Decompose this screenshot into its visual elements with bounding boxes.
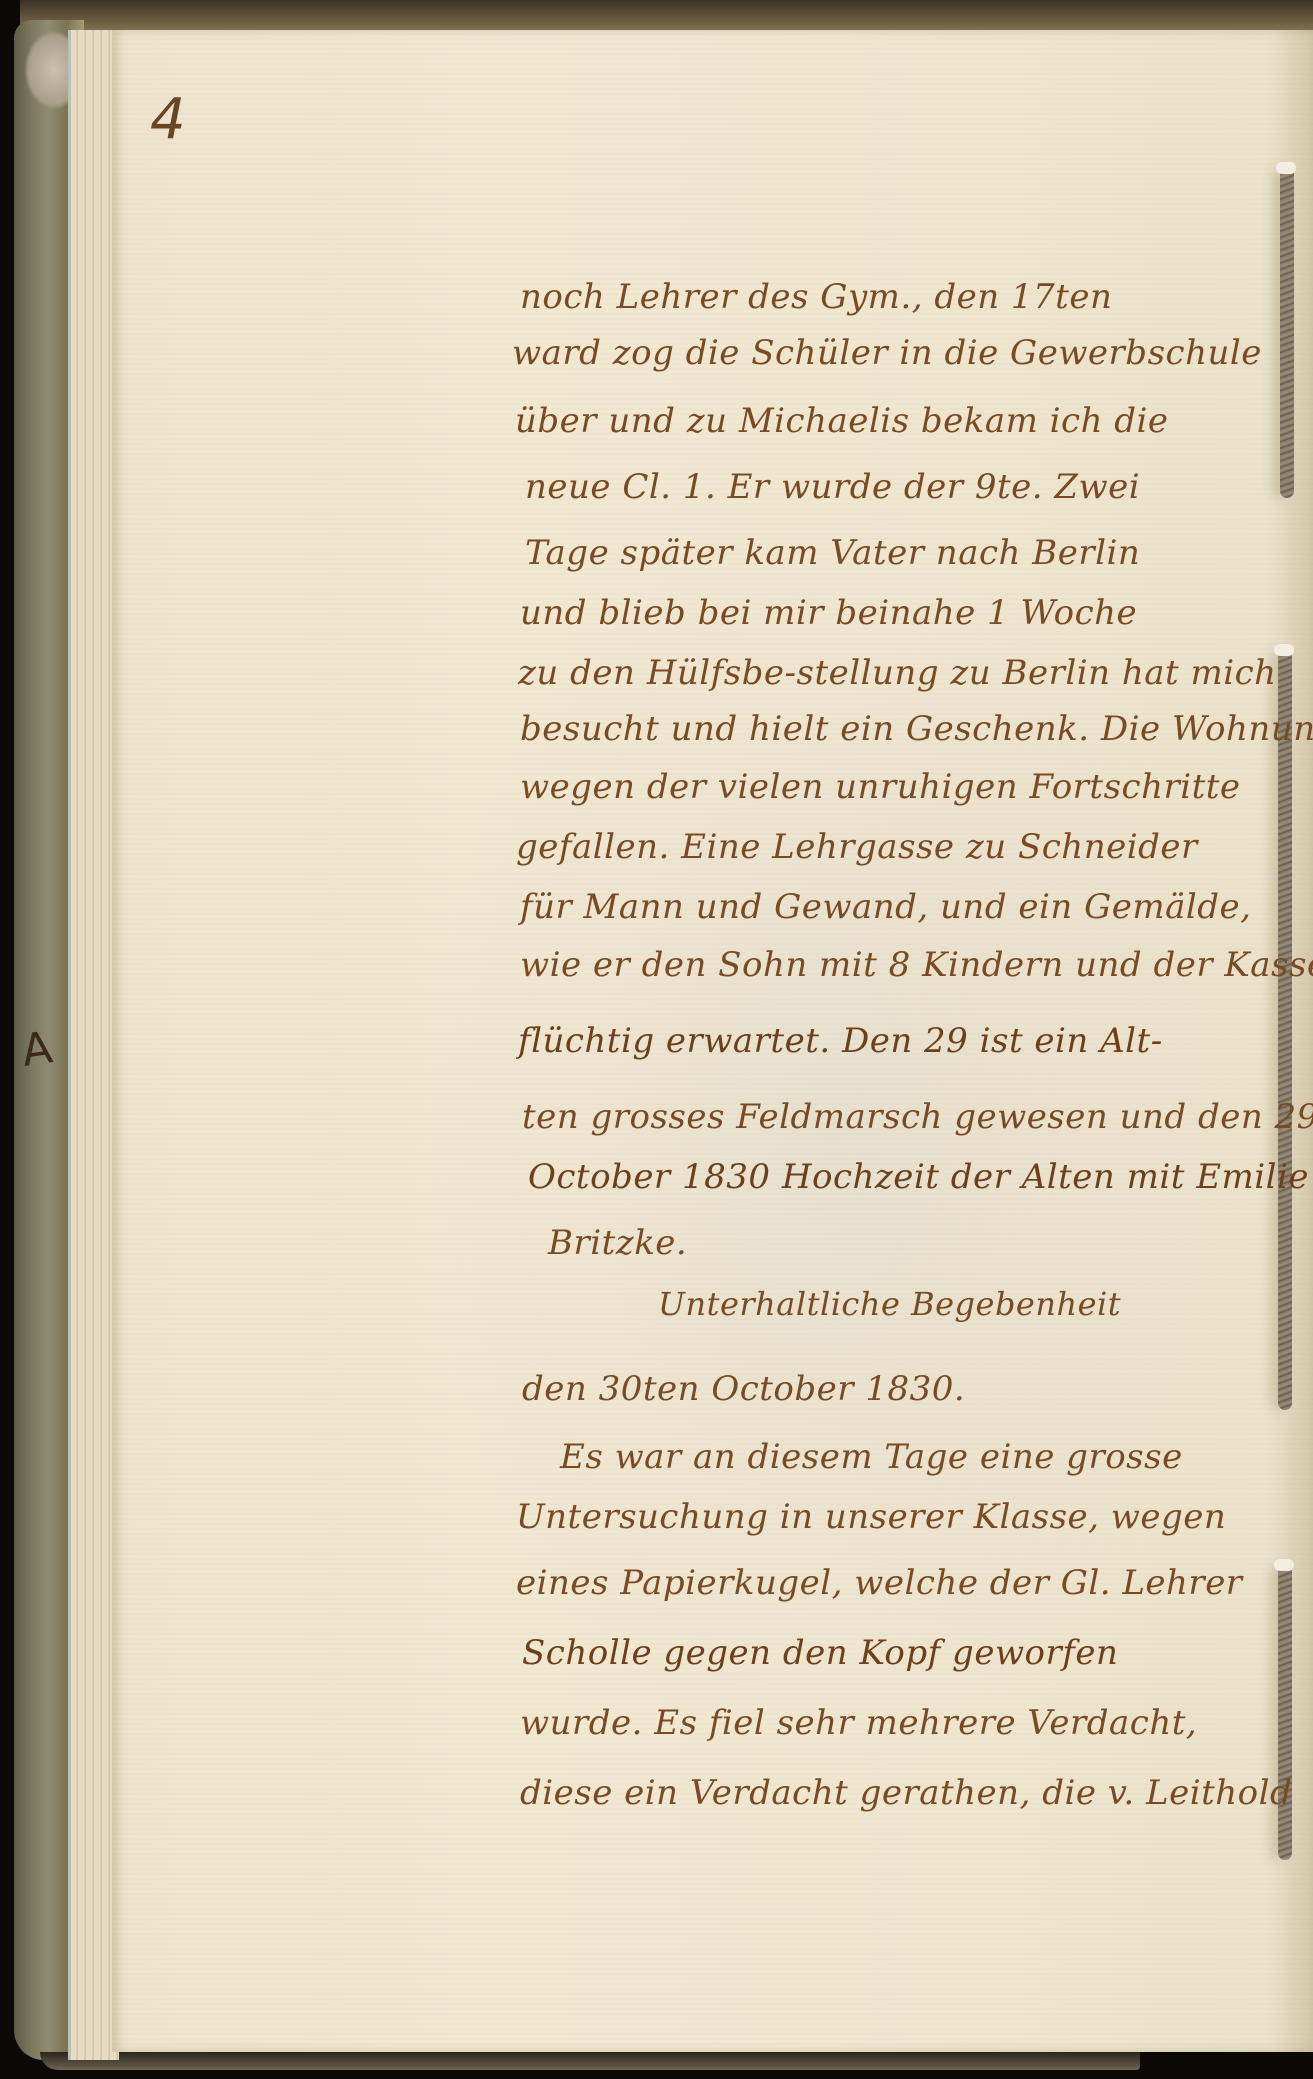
text-line: gefallen. Eine Lehrgasse zu Schneider: [516, 830, 1198, 864]
text-line: Scholle gegen den Kopf geworfen: [522, 1636, 1118, 1670]
section-date: den 30ten October 1830.: [522, 1372, 965, 1406]
text-line: ten grosses Feldmarsch gewesen und den 2…: [522, 1100, 1313, 1134]
text-line: wurde. Es fiel sehr mehrere Verdacht,: [520, 1706, 1197, 1740]
text-line: Es war an diesem Tage eine grosse: [560, 1440, 1183, 1474]
manuscript-text: noch Lehrer des Gym., den 17ten ward zog…: [0, 0, 1313, 2079]
text-line: und blieb bei mir beinahe 1 Woche: [520, 596, 1137, 630]
text-line: Untersuchung in unserer Klasse, wegen: [516, 1500, 1226, 1534]
text-line: wegen der vielen unruhigen Fortschritte: [520, 770, 1241, 804]
text-line: noch Lehrer des Gym., den 17ten: [520, 280, 1112, 314]
text-line: zu den Hülfsbe-stellung zu Berlin hat mi…: [518, 656, 1277, 690]
text-line: flüchtig erwartet. Den 29 ist ein Alt-: [518, 1024, 1163, 1058]
section-heading: Unterhaltliche Begebenheit: [658, 1288, 1121, 1320]
text-line: über und zu Michaelis bekam ich die: [515, 404, 1169, 438]
text-line: diese ein Verdacht gerathen, die v. Leit…: [520, 1776, 1292, 1810]
text-line: für Mann und Gewand, und ein Gemälde,: [520, 890, 1251, 924]
text-line: Britzke.: [548, 1226, 687, 1260]
text-line: eines Papierkugel, welche der Gl. Lehrer: [516, 1566, 1243, 1600]
text-line: Tage später kam Vater nach Berlin: [525, 536, 1140, 570]
text-line: wie er den Sohn mit 8 Kindern und der Ka…: [520, 948, 1313, 982]
text-line: October 1830 Hochzeit der Alten mit Emil…: [528, 1160, 1309, 1194]
text-line: ward zog die Schüler in die Gewerbschule: [512, 336, 1262, 370]
text-line: neue Cl. 1. Er wurde der 9te. Zwei: [525, 470, 1140, 504]
text-line: besucht und hielt ein Geschenk. Die Wohn…: [520, 712, 1313, 746]
